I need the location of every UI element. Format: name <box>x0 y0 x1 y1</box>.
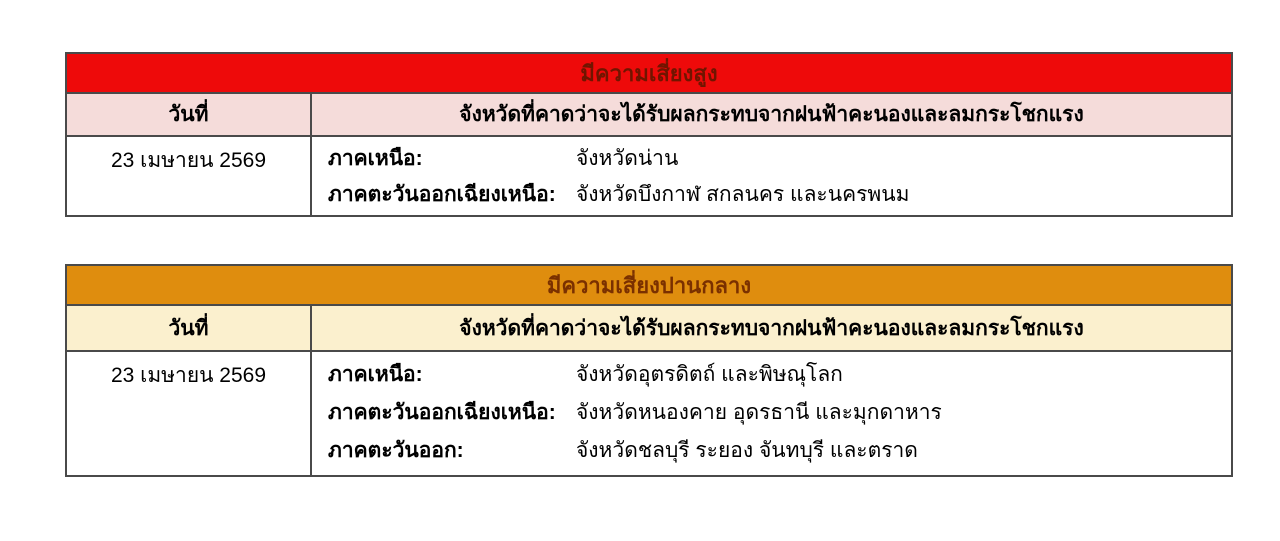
provinces-column-header: จังหวัดที่คาดว่าจะได้รับผลกระทบจากฝนฟ้าค… <box>312 94 1231 135</box>
region-line: ภาคตะวันออกเฉียงเหนือ:จังหวัดหนองคาย อุด… <box>328 395 1231 433</box>
high-risk-data-row: 23 เมษายน 2569 ภาคเหนือ:จังหวัดน่าน ภาคต… <box>67 137 1231 215</box>
high-risk-table: มีความเสี่ยงสูง วันที่ จังหวัดที่คาดว่าจ… <box>65 52 1233 217</box>
date-cell: 23 เมษายน 2569 <box>67 137 312 215</box>
high-risk-subheader-row: วันที่ จังหวัดที่คาดว่าจะได้รับผลกระทบจา… <box>67 94 1231 137</box>
region-label: ภาคเหนือ: <box>328 142 576 175</box>
region-provinces: จังหวัดบึงกาฬ สกลนคร และนครพนม <box>576 183 909 206</box>
medium-risk-table: มีความเสี่ยงปานกลาง วันที่ จังหวัดที่คาด… <box>65 264 1233 477</box>
date-cell: 23 เมษายน 2569 <box>67 352 312 475</box>
region-provinces: จังหวัดหนองคาย อุดรธานี และมุกดาหาร <box>576 401 942 424</box>
medium-risk-title-band: มีความเสี่ยงปานกลาง <box>67 266 1231 306</box>
provinces-cell: ภาคเหนือ:จังหวัดน่าน ภาคตะวันออกเฉียงเหน… <box>312 137 1231 215</box>
medium-risk-data-row: 23 เมษายน 2569 ภาคเหนือ:จังหวัดอุตรดิตถ์… <box>67 352 1231 475</box>
region-line: ภาคตะวันออก:จังหวัดชลบุรี ระยอง จันทบุรี… <box>328 433 1231 471</box>
region-provinces: จังหวัดน่าน <box>576 147 678 170</box>
region-label: ภาคตะวันออกเฉียงเหนือ: <box>328 395 576 431</box>
region-label: ภาคเหนือ: <box>328 357 576 393</box>
provinces-cell: ภาคเหนือ:จังหวัดอุตรดิตถ์ และพิษณุโลก ภา… <box>312 352 1231 475</box>
region-provinces: จังหวัดอุตรดิตถ์ และพิษณุโลก <box>576 363 843 386</box>
medium-risk-subheader-row: วันที่ จังหวัดที่คาดว่าจะได้รับผลกระทบจา… <box>67 306 1231 352</box>
provinces-column-header: จังหวัดที่คาดว่าจะได้รับผลกระทบจากฝนฟ้าค… <box>312 306 1231 350</box>
region-line: ภาคตะวันออกเฉียงเหนือ:จังหวัดบึงกาฬ สกลน… <box>328 178 1231 214</box>
document-page: มีความเสี่ยงสูง วันที่ จังหวัดที่คาดว่าจ… <box>0 0 1280 541</box>
date-column-header: วันที่ <box>67 94 312 135</box>
region-line: ภาคเหนือ:จังหวัดน่าน <box>328 142 1231 178</box>
high-risk-title-band: มีความเสี่ยงสูง <box>67 54 1231 94</box>
region-provinces: จังหวัดชลบุรี ระยอง จันทบุรี และตราด <box>576 439 918 462</box>
region-line: ภาคเหนือ:จังหวัดอุตรดิตถ์ และพิษณุโลก <box>328 357 1231 395</box>
region-label: ภาคตะวันออกเฉียงเหนือ: <box>328 178 576 211</box>
date-column-header: วันที่ <box>67 306 312 350</box>
region-label: ภาคตะวันออก: <box>328 433 576 469</box>
